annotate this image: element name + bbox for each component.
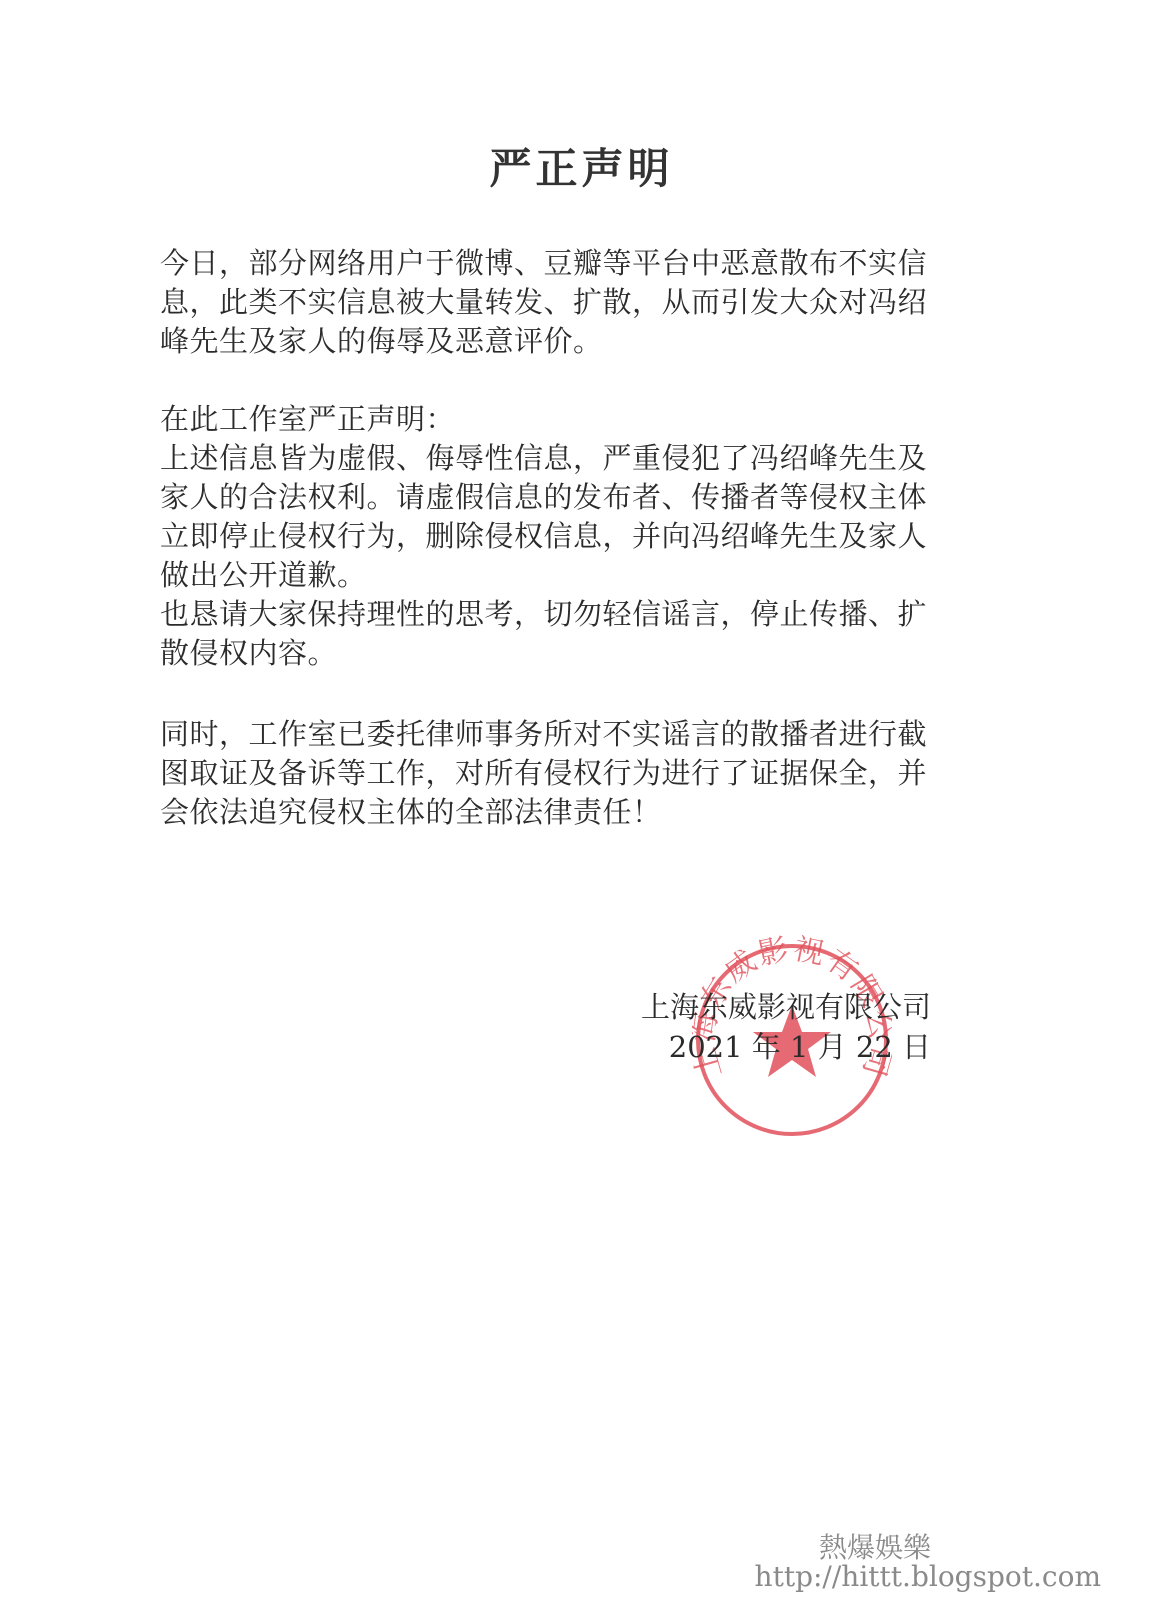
text-line: 做出公开道歉。 <box>160 556 940 595</box>
text-line: 会依法追究侵权主体的全部法律责任！ <box>160 793 940 832</box>
text-line: 也恳请大家保持理性的思考，切勿轻信谣言，停止传播、扩 <box>160 595 940 634</box>
document-title: 严正声明 <box>0 136 1163 196</box>
text-line: 峰先生及家人的侮辱及恶意评价。 <box>160 322 940 361</box>
text-line: 同时，工作室已委托律师事务所对不实谣言的散播者进行截 <box>160 715 940 754</box>
paragraph-intro: 今日，部分网络用户于微博、豆瓣等平台中恶意散布不实信 息，此类不实信息被大量转发… <box>160 244 940 361</box>
text-line: 图取证及备诉等工作，对所有侵权行为进行了证据保全，并 <box>160 754 940 793</box>
paragraph-legal-action: 同时，工作室已委托律师事务所对不实谣言的散播者进行截 图取证及备诉等工作，对所有… <box>160 715 940 832</box>
text-line: 上述信息皆为虚假、侮辱性信息，严重侵犯了冯绍峰先生及 <box>160 439 940 478</box>
text-line: 息，此类不实信息被大量转发、扩散，从而引发大众对冯绍 <box>160 283 940 322</box>
paragraph-statement: 在此工作室严正声明： 上述信息皆为虚假、侮辱性信息，严重侵犯了冯绍峰先生及 家人… <box>160 400 940 673</box>
text-line: 今日，部分网络用户于微博、豆瓣等平台中恶意散布不实信 <box>160 244 940 283</box>
text-line: 立即停止侵权行为，删除侵权信息，并向冯绍峰先生及家人 <box>160 517 940 556</box>
text-line: 在此工作室严正声明： <box>160 400 940 439</box>
watermark-url: http://hittt.blogspot.com <box>755 1560 1101 1593</box>
signature-date: 2021 年 1 月 22 日 <box>669 1025 931 1066</box>
text-line: 家人的合法权利。请虚假信息的发布者、传播者等侵权主体 <box>160 478 940 517</box>
signature-company: 上海东威影视有限公司 <box>641 985 931 1026</box>
text-line: 散侵权内容。 <box>160 634 940 673</box>
